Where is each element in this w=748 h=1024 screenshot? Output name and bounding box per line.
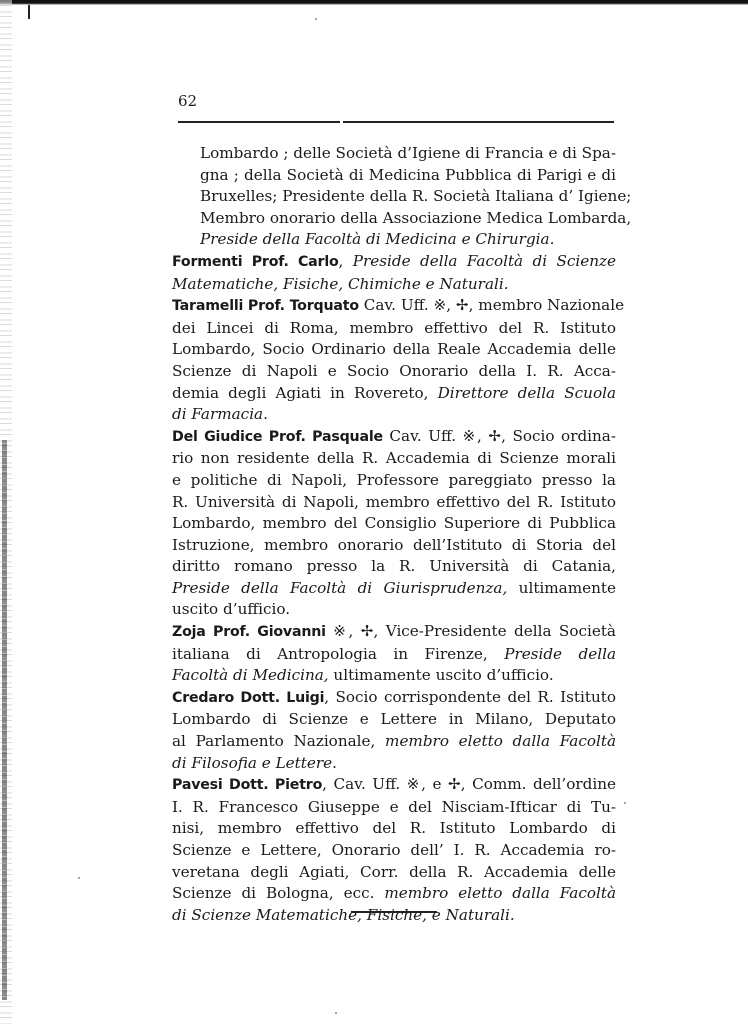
entry: Zoja Prof. Giovanni ※, ✢, Vice-President… [172, 621, 616, 687]
text-line: Preside della Facoltà di Giurisprudenza,… [200, 578, 616, 600]
scan-mark [28, 5, 30, 19]
entry-continuation: Lombardo ; delle Società d’Igiene di Fra… [172, 143, 616, 251]
body-text: e politiche di Napoli, Professore paregg… [172, 471, 616, 489]
scan-speck [624, 802, 626, 804]
text-line: Lombardo, Socio Ordinario della Reale Ac… [200, 339, 616, 361]
text-line: Istruzione, membro onorario dell’Istitut… [200, 535, 616, 557]
text-line: Formenti Prof. Carlo, Preside della Faco… [200, 251, 616, 274]
text-line: Scienze di Bologna, ecc. membro eletto d… [200, 883, 616, 905]
body-text: italiana di Antropologia in Firenze, [172, 645, 504, 663]
text-line: Zoja Prof. Giovanni ※, ✢, Vice-President… [200, 621, 616, 644]
text-line: dei Lincei di Roma, membro effettivo del… [200, 318, 616, 340]
person-name: Taramelli Prof. Torquato [172, 298, 359, 314]
body-text: diritto romano presso la R. Università d… [172, 557, 616, 575]
text-line: demia degli Agiati in Rovereto, Direttor… [200, 383, 616, 405]
scan-speck [78, 877, 80, 879]
body-text: Scienze e Lettere, Onorario dell’ I. R. … [172, 841, 616, 859]
body-text: gna ; della Società di Medicina Pubblica… [200, 166, 616, 184]
text-line: Scienze di Napoli e Socio Onorario della… [200, 361, 616, 383]
page-number: 62 [178, 92, 197, 110]
body-text: , [339, 252, 353, 270]
body-text: uscito d’ufficio. [172, 600, 290, 618]
entry: Del Giudice Prof. Pasquale Cav. Uff. ※, … [172, 426, 616, 621]
italic-text: Facoltà di Medicina, [172, 666, 329, 684]
italic-text: Preside della Facoltà di Medicina e Chir… [200, 230, 554, 248]
body-text: Bruxelles; Presidente della R. Società I… [200, 187, 631, 205]
text-line: uscito d’ufficio. [200, 599, 616, 621]
text-line: veretana degli Agiati, Corr. della R. Ac… [200, 862, 616, 884]
text-line: I. R. Francesco Giuseppe e del Nisciam-I… [200, 797, 616, 819]
text-line: diritto romano presso la R. Università d… [200, 556, 616, 578]
text-line: Membro onorario della Associazione Medic… [200, 208, 616, 230]
scan-speck [335, 1012, 337, 1014]
body-text: Lombardo ; delle Società d’Igiene di Fra… [200, 144, 616, 162]
text-line: Facoltà di Medicina, ultimamente uscito … [200, 665, 616, 687]
entry: Formenti Prof. Carlo, Preside della Faco… [172, 251, 616, 295]
italic-text: Matematiche, Fisiche, Chimiche e Natural… [172, 275, 509, 293]
body-text: , Socio corrispondente del R. Istituto [324, 688, 616, 706]
body-text: Cav. Uff. ※, ✢, membro Nazionale [359, 296, 624, 314]
body-text: Membro onorario della Associazione Medic… [200, 209, 631, 227]
italic-text: membro eletto dalla Facoltà [385, 732, 616, 750]
scan-speck [315, 18, 317, 20]
body-text: Lombardo, Socio Ordinario della Reale Ac… [172, 340, 616, 358]
person-name: Credaro Dott. Luigi [172, 690, 324, 706]
text-line: Lombardo, membro del Consiglio Superiore… [200, 513, 616, 535]
body-text: R. Università di Napoli, membro effettiv… [172, 493, 616, 511]
page-body: Lombardo ; delle Società d’Igiene di Fra… [172, 143, 616, 926]
text-line: nisi, membro effettivo del R. Istituto L… [200, 818, 616, 840]
italic-text: Preside della Facoltà di Scienze [353, 252, 616, 270]
text-line: Lombardo ; delle Società d’Igiene di Fra… [200, 143, 616, 165]
italic-text: Preside della [504, 645, 616, 663]
person-name: Pavesi Dott. Pietro [172, 777, 322, 793]
text-line: di Filosofia e Lettere. [200, 753, 616, 775]
italic-text: di Farmacia. [172, 405, 268, 423]
entry: Taramelli Prof. Torquato Cav. Uff. ※, ✢,… [172, 295, 616, 426]
text-line: Pavesi Dott. Pietro, Cav. Uff. ※, e ✢, C… [200, 774, 616, 797]
person-name: Formenti Prof. Carlo [172, 254, 339, 270]
body-text: Cav. Uff. ※, ✢, Socio ordina- [383, 427, 616, 445]
text-line: Bruxelles; Presidente della R. Società I… [200, 186, 616, 208]
person-name: Zoja Prof. Giovanni [172, 624, 326, 640]
text-line: di Scienze Matematiche, Fisiche, e Natur… [200, 905, 616, 927]
header-rule [178, 121, 614, 123]
body-text: veretana degli Agiati, Corr. della R. Ac… [172, 863, 616, 881]
body-text: nisi, membro effettivo del R. Istituto L… [172, 819, 616, 837]
text-line: rio non residente della R. Accademia di … [200, 448, 616, 470]
footer-rule [351, 911, 437, 913]
text-line: Preside della Facoltà di Medicina e Chir… [200, 229, 616, 251]
text-line: italiana di Antropologia in Firenze, Pre… [200, 644, 616, 666]
text-line: Scienze e Lettere, Onorario dell’ I. R. … [200, 840, 616, 862]
body-text: Lombardo, membro del Consiglio Superiore… [172, 514, 616, 532]
italic-text: membro eletto dalla Facoltà [384, 884, 616, 902]
text-line: al Parlamento Nazionale, membro eletto d… [200, 731, 616, 753]
body-text: Scienze di Napoli e Socio Onorario della… [172, 362, 616, 380]
text-line: Matematiche, Fisiche, Chimiche e Natural… [200, 274, 616, 296]
text-line: R. Università di Napoli, membro effettiv… [200, 492, 616, 514]
text-line: Del Giudice Prof. Pasquale Cav. Uff. ※, … [200, 426, 616, 449]
italic-text: Preside della Facoltà di Giurisprudenza, [172, 579, 507, 597]
person-name: Del Giudice Prof. Pasquale [172, 429, 383, 445]
body-text: ※, ✢, Vice-Presidente della Società [326, 622, 616, 640]
italic-text: Direttore della Scuola [438, 384, 616, 402]
entry: Pavesi Dott. Pietro, Cav. Uff. ※, e ✢, C… [172, 774, 616, 926]
text-line: Credaro Dott. Luigi, Socio corrispondent… [200, 687, 616, 710]
entry: Credaro Dott. Luigi, Socio corrispondent… [172, 687, 616, 774]
body-text: ultimamente [507, 579, 616, 597]
body-text: Scienze di Bologna, ecc. [172, 884, 384, 902]
body-text: demia degli Agiati in Rovereto, [172, 384, 438, 402]
text-line: Lombardo di Scienze e Lettere in Milano,… [200, 709, 616, 731]
body-text: , Cav. Uff. ※, e ✢, Comm. dell’ordine [322, 775, 616, 793]
scan-top-edge [0, 0, 748, 5]
text-line: di Farmacia. [200, 404, 616, 426]
body-text: I. R. Francesco Giuseppe e del Nisciam-I… [172, 798, 616, 816]
scan-binding-shadow [2, 440, 7, 1000]
body-text: al Parlamento Nazionale, [172, 732, 385, 750]
text-line: gna ; della Società di Medicina Pubblica… [200, 165, 616, 187]
text-line: e politiche di Napoli, Professore paregg… [200, 470, 616, 492]
body-text: Istruzione, membro onorario dell’Istitut… [172, 536, 616, 554]
italic-text: di Scienze Matematiche, Fisiche, e Natur… [172, 906, 515, 924]
body-text: rio non residente della R. Accademia di … [172, 449, 616, 467]
body-text: ultimamente uscito d’ufficio. [329, 666, 554, 684]
body-text: dei Lincei di Roma, membro effettivo del… [172, 319, 616, 337]
text-line: Taramelli Prof. Torquato Cav. Uff. ※, ✢,… [200, 295, 616, 318]
body-text: Lombardo di Scienze e Lettere in Milano,… [172, 710, 616, 728]
italic-text: di Filosofia e Lettere. [172, 754, 337, 772]
